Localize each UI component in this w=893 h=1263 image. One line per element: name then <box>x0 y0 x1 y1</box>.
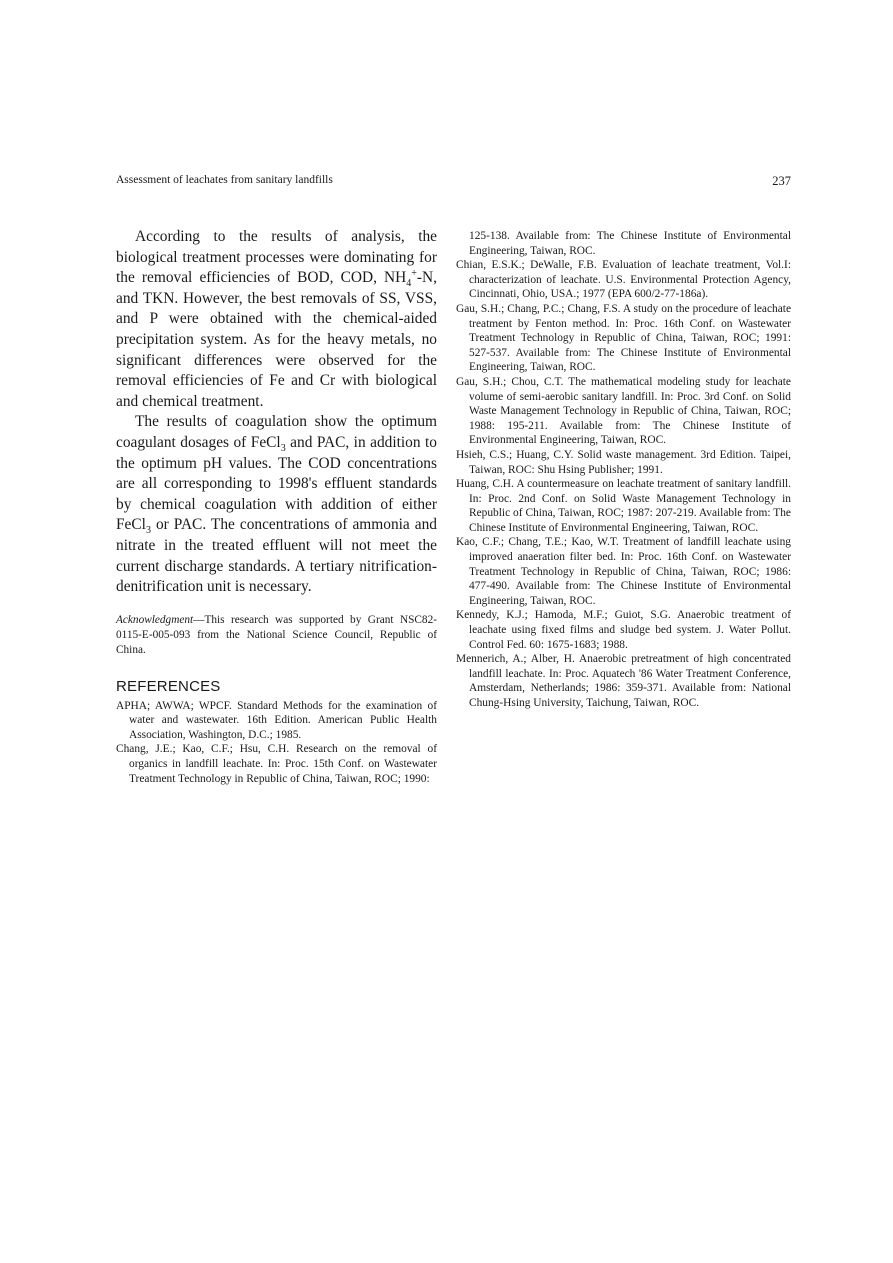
para1-text-b: -N, and TKN. However, the best removals … <box>116 269 437 410</box>
body-paragraph-2: The results of coagulation show the opti… <box>116 412 437 597</box>
para1-text-a: According to the results of analysis, th… <box>116 228 437 286</box>
reference-item: Huang, C.H. A countermeasure on leachate… <box>456 477 791 535</box>
reference-item: Chian, E.S.K.; DeWalle, F.B. Evaluation … <box>456 258 791 302</box>
reference-item: Kao, C.F.; Chang, T.E.; Kao, W.T. Treatm… <box>456 535 791 608</box>
page-number: 237 <box>772 174 791 189</box>
right-column: 125-138. Available from: The Chinese Ins… <box>456 229 791 711</box>
references-heading: REFERENCES <box>116 678 437 695</box>
acknowledgment: Acknowledgment—This research was support… <box>116 613 437 658</box>
acknowledgment-lead: Acknowledgment <box>116 614 193 626</box>
reference-item: APHA; AWWA; WPCF. Standard Methods for t… <box>116 699 437 743</box>
reference-item: Kennedy, K.J.; Hamoda, M.F.; Guiot, S.G.… <box>456 608 791 652</box>
left-column: According to the results of analysis, th… <box>116 227 437 786</box>
reference-item: Chang, J.E.; Kao, C.F.; Hsu, C.H. Resear… <box>116 742 437 786</box>
reference-item: Gau, S.H.; Chang, P.C.; Chang, F.S. A st… <box>456 302 791 375</box>
reference-item: Mennerich, A.; Alber, H. Anaerobic pretr… <box>456 652 791 710</box>
para1-subscript: 4 <box>406 278 411 289</box>
body-paragraph-1: According to the results of analysis, th… <box>116 227 437 412</box>
para2-text-c: or PAC. The concentrations of ammonia an… <box>116 516 437 595</box>
reference-item: Hsieh, C.S.; Huang, C.Y. Solid waste man… <box>456 448 791 477</box>
running-head-title: Assessment of leachates from sanitary la… <box>116 174 333 186</box>
reference-item: Gau, S.H.; Chou, C.T. The mathematical m… <box>456 375 791 448</box>
reference-continuation: 125-138. Available from: The Chinese Ins… <box>456 229 791 258</box>
